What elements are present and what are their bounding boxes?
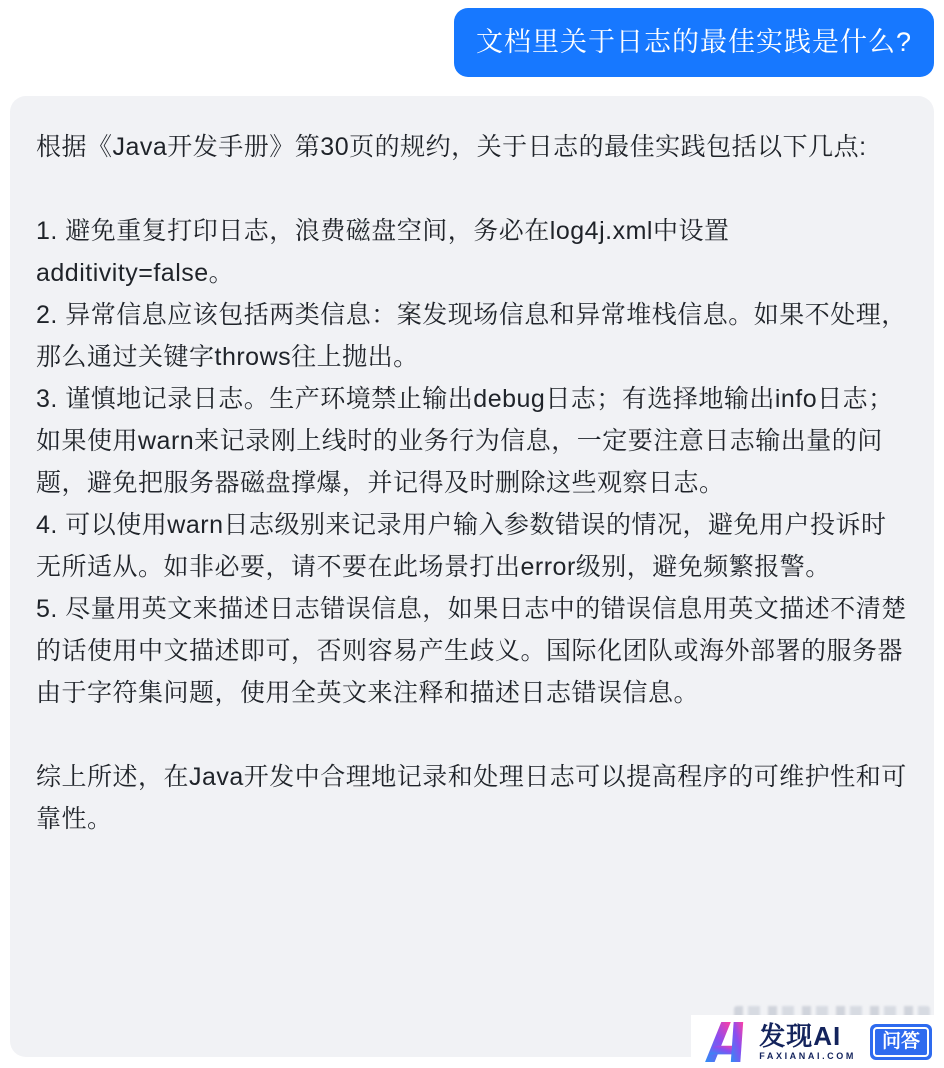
list-item-3: 3. 谨慎地记录日志。生产环境禁止输出debug日志；有选择地输出info日志；… [36,378,908,504]
qa-badge-label: 问答 [873,1027,929,1057]
faxian-ai-logo-icon [705,1022,749,1062]
user-message-row: 文档里关于日志的最佳实践是什么? [0,0,944,77]
assistant-conclusion-paragraph: 综上所述，在Java开发中合理地记录和处理日志可以提高程序的可维护性和可靠性。 [36,756,908,840]
list-item-4: 4. 可以使用warn日志级别来记录用户输入参数错误的情况，避免用户投诉时无所适… [36,504,908,588]
faxian-ai-watermark: 发现AI FAXIANAI.COM 问答 [691,1015,944,1068]
assistant-intro-paragraph: 根据《Java开发手册》第30页的规约，关于日志的最佳实践包括以下几点: [36,126,908,168]
brand-text-block: 发现AI FAXIANAI.COM [759,1023,856,1061]
user-message-bubble: 文档里关于日志的最佳实践是什么? [454,8,934,77]
assistant-message-bubble: 根据《Java开发手册》第30页的规约，关于日志的最佳实践包括以下几点: 1. … [10,96,934,1057]
list-item-1: 1. 避免重复打印日志，浪费磁盘空间，务必在log4j.xml中设置additi… [36,210,908,294]
list-item-2: 2. 异常信息应该包括两类信息：案发现场信息和异常堆栈信息。如果不处理，那么通过… [36,294,908,378]
chat-page: 文档里关于日志的最佳实践是什么? 根据《Java开发手册》第30页的规约，关于日… [0,0,944,1057]
qa-badge: 问答 [870,1024,932,1060]
brand-name: 发现AI [759,1023,856,1049]
best-practices-list: 1. 避免重复打印日志，浪费磁盘空间，务必在log4j.xml中设置additi… [36,210,908,714]
list-item-5: 5. 尽量用英文来描述日志错误信息，如果日志中的错误信息用英文描述不清楚的话使用… [36,588,908,714]
brand-domain: FAXIANAI.COM [759,1052,856,1061]
